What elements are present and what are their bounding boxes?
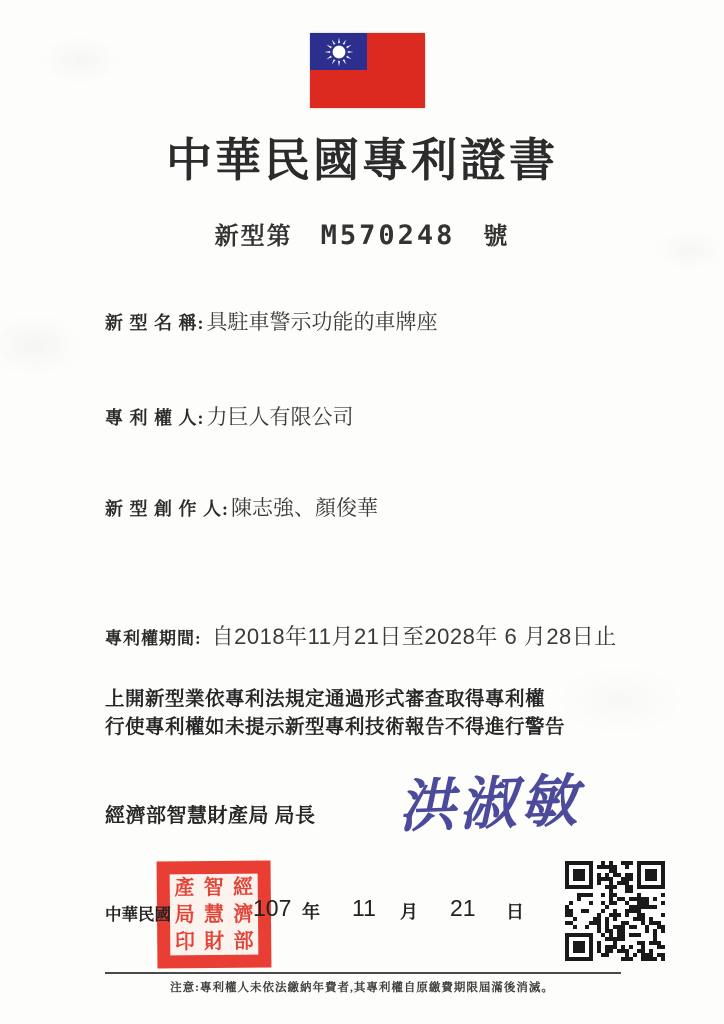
footer-divider [105,972,621,974]
date-day-unit: 日 [506,898,524,924]
date-era: 中華民國 [105,901,171,925]
date-month-unit: 月 [400,898,418,924]
date-year-unit: 年 [302,898,320,924]
date-day: 21 [450,895,476,922]
date-month: 11 [352,895,376,922]
date-year: 107 [253,895,291,922]
patent-certificate-page: 中華民國專利證書 新型第 M570248 號 新 型 名 稱:具駐車警示功能的車… [0,0,724,1024]
issue-date-line: 中華民國 107 年 11 月 21 日 [0,0,724,1024]
